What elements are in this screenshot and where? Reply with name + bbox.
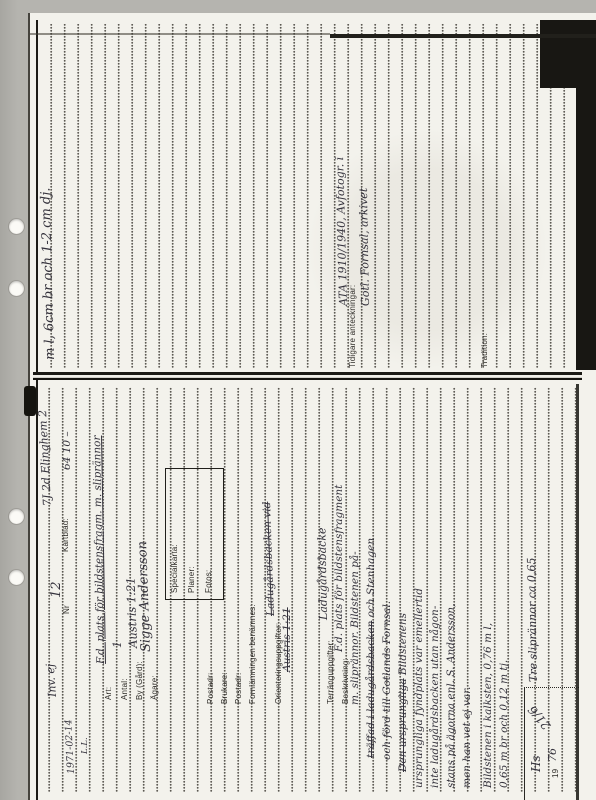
terrang-value-hand: Ladugårdsbacke: [315, 527, 330, 620]
beskrivning-struck-text: träffad i ladugårdsbacken: [365, 621, 377, 758]
specialkarta-label: Specialkarta:: [170, 544, 179, 593]
beskrivning-struck-text: Den ursprungliga: [397, 678, 409, 772]
beskrivning-line: Bildstenen i kalksten, 0,76 m l,: [482, 623, 494, 788]
beskrivning-line-text: inte ladugårdsbacken utan någon-: [429, 606, 441, 788]
scanned-page: Inv. ej 1971-02-14 L.L. Nr 12 Kartblad: …: [0, 0, 596, 800]
hole-punch: [9, 509, 24, 524]
tradition-label: Tradition:: [480, 333, 489, 368]
year-hand: 76: [546, 748, 559, 762]
agare-label: Ägare:: [150, 675, 159, 700]
year-printed-label: 19: [551, 769, 560, 778]
beskrivning-line-text: 0,65 m br och 0,12 m tj.: [498, 660, 510, 788]
beskrivning-line-text: Bildstenens: [397, 613, 409, 678]
antal-value-hand: 1: [111, 641, 124, 648]
kartblad-value2-hand: 64 10 –: [61, 431, 73, 470]
beskrivning-line-text: men han vet ej var.: [461, 687, 473, 788]
page-edge-line-dark: [330, 34, 596, 38]
hole-punch: [9, 219, 24, 234]
beskrivning-line-text: F.d. plats för bildstensfragment: [333, 485, 345, 652]
postadr1-label: Postadr:: [206, 673, 215, 704]
planer-label: Planer:: [187, 566, 196, 593]
beskrivning-line: och förd till Gotlands Fornsal.: [381, 601, 393, 760]
inventory-sig-hand: L.L.: [80, 737, 90, 754]
beskrivning-line: Den ursprungliga Bildstenens: [397, 613, 409, 772]
rotated-card-layer: Inv. ej 1971-02-14 L.L. Nr 12 Kartblad: …: [0, 0, 596, 800]
beskrivning-line-text: ursprungliga fyndplats var emellertid: [413, 588, 425, 788]
by-gard-label: By (Gård):: [135, 661, 144, 700]
beskrivning-line: m. sliprännor. Bildstenen på-: [349, 551, 361, 705]
beskrivning-line-text: stans på ägorna enl. S. Andersson,: [445, 604, 457, 788]
ruled-dotted-lines: [50, 24, 576, 368]
index-card-continuation: m l, 6cm br och 1-2 cm dj. Tidigare ante…: [36, 20, 580, 372]
brukare-label: Brukare:: [220, 672, 229, 704]
antal-label: Antal:: [120, 678, 129, 700]
beskrivning-line: F.d. plats för bildstensfragment: [333, 485, 345, 652]
fotos-label: Fotos:: [204, 570, 213, 593]
hole-punch: [9, 570, 24, 585]
ink-blob: [24, 386, 36, 416]
nr-label: Nr: [62, 605, 71, 614]
tidigare-line2-hand: Gotl. Fornsal, arkivet: [357, 188, 372, 306]
kartblad-label: Kartblad:: [61, 518, 70, 552]
hole-punch: [9, 281, 24, 296]
beskrivning-line-text: och förd till Gotlands Fornsal.: [381, 601, 393, 760]
date-signature-box: Hs 19 76 21/6: [524, 687, 579, 800]
beskrivning-line: träffad i ladugårdsbacken och Stenhagen: [365, 538, 377, 758]
beskrivning-line-text: m. sliprännor. Bildstenen på-: [349, 551, 361, 705]
card-junction-line: [33, 372, 582, 380]
page-edge-line-light: [30, 33, 330, 35]
index-card-main: Inv. ej 1971-02-14 L.L. Nr 12 Kartblad: …: [36, 379, 580, 800]
page-corner-shadow: [540, 20, 596, 88]
beskrivning-line: ursprungliga fyndplats var emellertid: [413, 588, 425, 788]
beskrivning-line-text: och Stenhagen: [365, 538, 377, 621]
beskrivning-line: 0,65 m br och 0,12 m tj.: [498, 660, 510, 788]
art-label: Art:: [104, 687, 113, 700]
card-bottom-border: [576, 384, 579, 800]
fornlamning-label: Fornlämningen benämnes:: [248, 604, 257, 704]
specialkarta-box: Specialkarta: Planer: Fotos:: [165, 468, 224, 600]
nr-value-hand: 12: [49, 581, 64, 598]
beskrivning-line: inte ladugårdsbacken utan någon-: [429, 606, 441, 788]
orientering-value-line2-hand: Austris 1:21: [281, 607, 293, 672]
day-month-hand: 21/6: [525, 703, 553, 733]
beskrivning-line: men han vet ej var.: [461, 687, 473, 788]
inv-hand-note: Inv. ej: [44, 663, 59, 697]
beskrivning-line: stans på ägorna enl. S. Andersson,: [445, 604, 457, 788]
beskrivning-line-text: Bildstenen i kalksten, 0,76 m l,: [482, 623, 494, 788]
postadr2-label: Postadr:: [234, 673, 243, 704]
beskrivning-last-line: Tre sliprännor ca 0,65: [525, 557, 540, 682]
surveyor-initials-hand: Hs: [529, 755, 543, 772]
